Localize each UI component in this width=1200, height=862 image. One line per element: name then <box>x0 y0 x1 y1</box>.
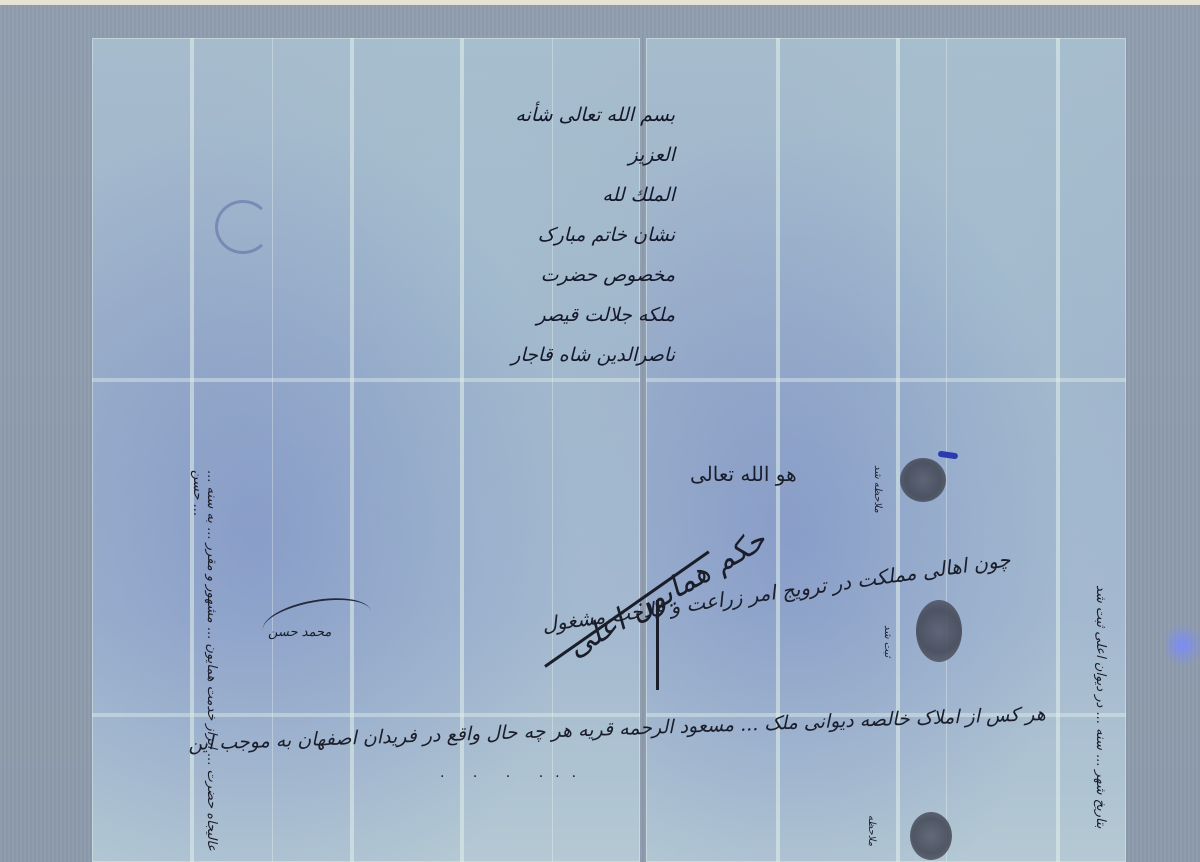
seal-icon <box>900 458 946 502</box>
crease <box>946 38 947 862</box>
fold-line <box>776 38 780 862</box>
faint-stamp-icon <box>215 200 271 254</box>
tughra-line: مخصوص حضرت ملکه جلالت قیصر <box>505 255 675 335</box>
seal-icon <box>916 600 962 662</box>
left-margin-annotation: عالیجاه حضرت ... ابراز خدمت همایون ... م… <box>192 470 218 860</box>
seal-icon <box>910 812 952 860</box>
signature-text: محمد حسن <box>268 625 331 640</box>
seal-note: ملاحظه <box>866 815 877 860</box>
invocation: هو الله تعالی <box>690 462 797 486</box>
seal-note: ثبت شد <box>882 625 893 670</box>
fold-line <box>896 38 900 862</box>
fold-line <box>646 378 1126 382</box>
tughra-line: الملك لله <box>505 175 675 215</box>
seal-note: ملاحظه شد <box>872 465 883 550</box>
right-margin-annotation: بتاریخ شهر ... سنه ... در دیوان اعلی ثبت… <box>1068 585 1108 862</box>
fold-line <box>92 378 640 382</box>
document-right-panel <box>646 38 1126 862</box>
tughra-line: ناصرالدین شاه قاجار <box>505 335 675 375</box>
fold-line <box>92 713 640 717</box>
fold-line <box>1056 38 1060 862</box>
tughra-line: نشان خاتم مبارک <box>505 215 675 255</box>
tughra-heading: بسم الله تعالى شأنه العزيز الملك لله نشا… <box>505 95 675 375</box>
body-dots: ... . . . <box>440 765 588 781</box>
blue-light-artifact <box>1165 620 1200 670</box>
tughra-line: بسم الله تعالى شأنه العزيز <box>505 95 675 175</box>
